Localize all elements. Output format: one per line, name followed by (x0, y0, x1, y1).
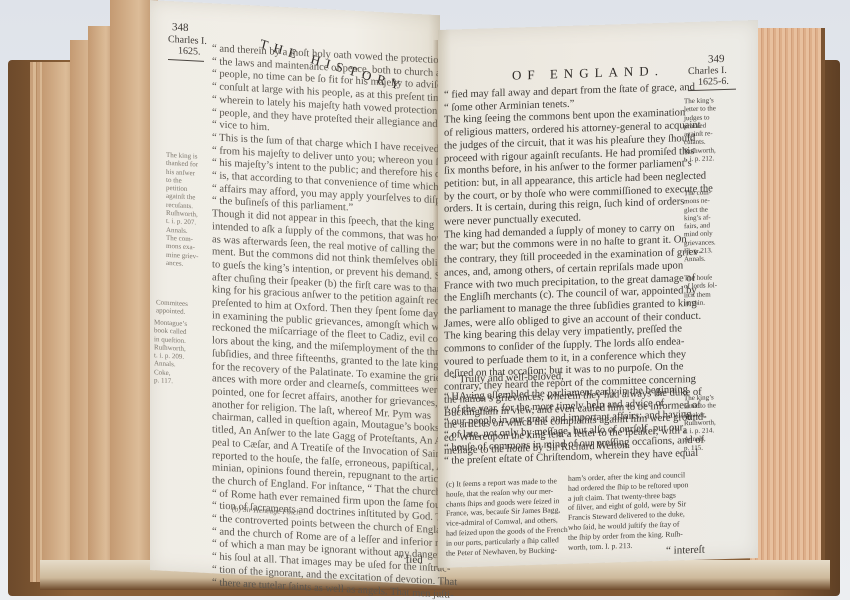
margin-note: The king’sletter to thejudges toproceeda… (684, 96, 716, 163)
body-text: “ and therein by a moſt holy oath vowed … (212, 43, 468, 600)
right-page: OF ENGLAND. 349 Charles I. 1625-6. “ fie… (438, 20, 758, 568)
text-line: p. 117. (154, 376, 187, 386)
book-photo: 348 Charles I. 1625. THE HISTORY “ and t… (0, 0, 850, 600)
side-heading: Charles I. 1625. (168, 34, 207, 58)
left-page: 348 Charles I. 1625. THE HISTORY “ and t… (150, 0, 440, 585)
margin-note: Montague’sbook calledin queſtion.Ruſhwor… (154, 318, 187, 386)
letter-text: “ HAving aſſembled the parliament early … (444, 384, 704, 468)
text-line: appointed. (156, 307, 188, 317)
footnote-column-1: (c) It ſeems a report was made to thehou… (446, 476, 568, 558)
catchword: “ intereſt (666, 544, 705, 557)
catchword: “ fied (398, 553, 423, 566)
heading-rule (168, 59, 204, 62)
margin-note: The com-mons ne-glect theking’s af-fairs… (684, 188, 716, 264)
running-head: OF ENGLAND. (512, 63, 664, 84)
side-heading-year: 1625. (168, 45, 207, 58)
text-line: t. i. p. 212. (684, 154, 716, 163)
margin-note: Commiteesappointed. (156, 298, 188, 316)
margin-note: The king isthanked forhis anſwerto thepe… (166, 151, 198, 269)
page-number: 349 (708, 53, 725, 66)
text-line: of lords ſol- (684, 282, 717, 291)
right-page-edges (750, 28, 825, 586)
page-number: 348 (172, 21, 189, 34)
margin-note: The houſeof lords ſol-licit themin vain. (684, 273, 717, 307)
text-line: letter to the (684, 105, 716, 114)
footnote-column-2: ham’s order, after the king and councilh… (568, 470, 688, 552)
text-line: in vain. (684, 298, 717, 307)
text-line: Annals. (684, 255, 716, 264)
